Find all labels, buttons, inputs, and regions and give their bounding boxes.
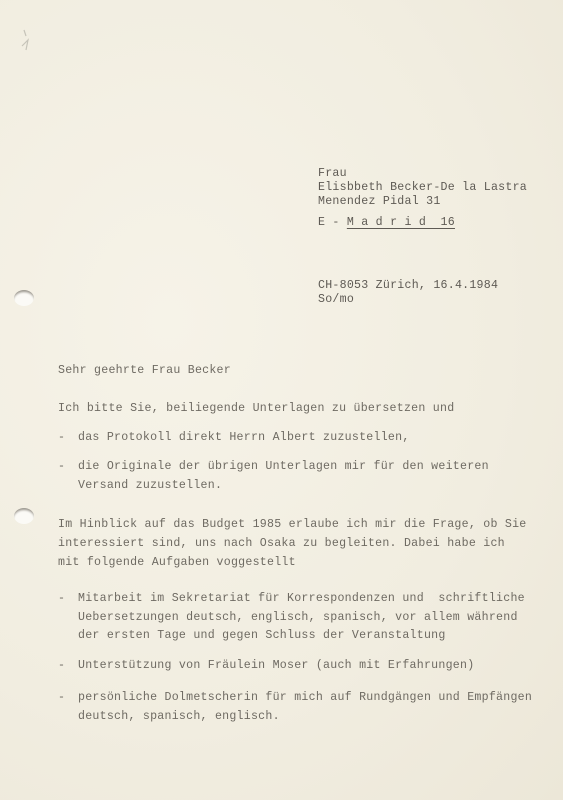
list-dash: - <box>58 691 65 705</box>
task-sekretariat-line3: der ersten Tage und gegen Schluss der Ve… <box>78 629 446 643</box>
recipient-country-prefix: E - <box>318 216 347 229</box>
place-date: CH-8053 Zürich, 16.4.1984 <box>318 279 498 293</box>
intro-sentence: Ich bitte Sie, beiliegende Unterlagen zu… <box>58 402 454 416</box>
list-item-originale-line2: Versand zuzustellen. <box>78 479 222 493</box>
list-dash: - <box>58 659 65 673</box>
recipient-city: M a d r i d 16 <box>347 216 455 229</box>
punch-hole-top <box>14 290 34 306</box>
list-dash: - <box>58 460 65 474</box>
task-sekretariat-line2: Uebersetzungen deutsch, englisch, spanis… <box>78 611 518 625</box>
paper-crease-mark <box>18 28 36 58</box>
recipient-salutation: Frau <box>318 167 347 181</box>
paragraph2-line2: interessiert sind, uns nach Osaka zu beg… <box>58 537 505 551</box>
recipient-street: Menendez Pidal 31 <box>318 195 441 209</box>
paragraph2-line3: mit folgende Aufgaben voggestellt <box>58 556 296 570</box>
letter-page: Frau Elisbbeth Becker-De la Lastra Menen… <box>0 0 563 800</box>
task-sekretariat-line1: Mitarbeit im Sekretariat für Korresponde… <box>78 592 525 606</box>
punch-hole-bottom <box>14 508 34 524</box>
reference-code: So/mo <box>318 293 354 307</box>
recipient-name: Elisbbeth Becker-De la Lastra <box>318 181 527 195</box>
task-dolmetscherin-line2: deutsch, spanisch, englisch. <box>78 710 280 724</box>
greeting: Sehr geehrte Frau Becker <box>58 364 231 378</box>
list-item-originale-line1: die Originale der übrigen Unterlagen mir… <box>78 460 489 474</box>
task-dolmetscherin-line1: persönliche Dolmetscherin für mich auf R… <box>78 691 532 705</box>
list-item-protokoll: das Protokoll direkt Herrn Albert zuzust… <box>78 431 410 445</box>
list-dash: - <box>58 592 65 606</box>
paragraph2-line1: Im Hinblick auf das Budget 1985 erlaube … <box>58 518 526 532</box>
task-unterstuetzung: Unterstützung von Fräulein Moser (auch m… <box>78 659 474 673</box>
list-dash: - <box>58 431 65 445</box>
recipient-city-line: E - M a d r i d 16 <box>318 216 455 230</box>
